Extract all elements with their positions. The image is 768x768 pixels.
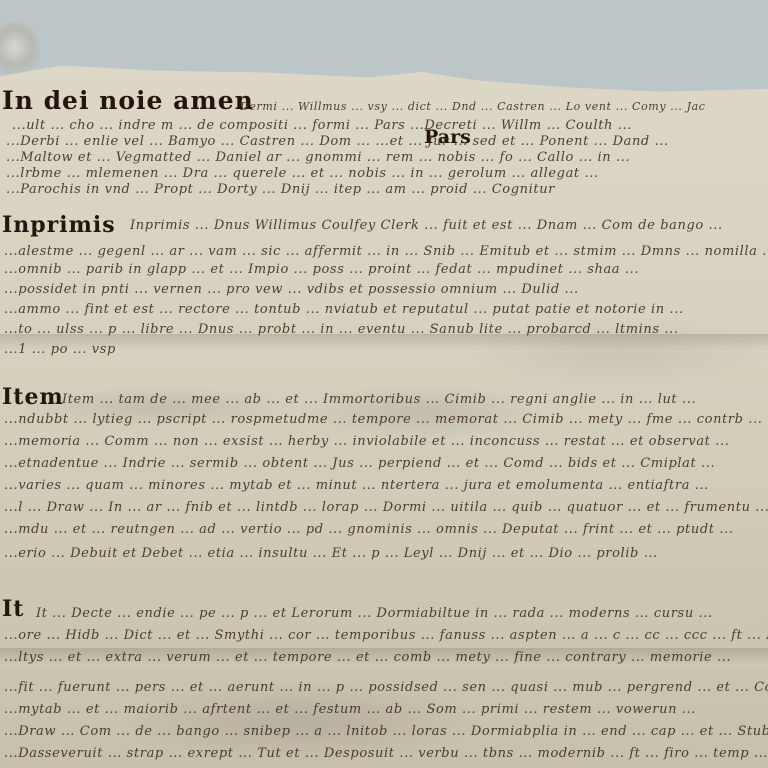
text-line: ...possidet in pnti ... vernen ... pro v…: [4, 282, 579, 297]
text-line: ...etnadentue ... Indrie ... sermib ... …: [4, 456, 715, 471]
text-line: ...Derbi ... enlie vel ... Bamyo ... Cas…: [6, 134, 669, 149]
text-line: ...l ... Draw ... In ... ar ... fnib et …: [4, 500, 768, 515]
text-line: ...mytab ... et ... maiorib ... afrtent …: [4, 702, 696, 717]
text-line: ...ndubbt ... lytieg ... pscript ... ros…: [4, 412, 763, 427]
text-line: Dermi ... Willmus ... vsy ... dict ... D…: [240, 100, 706, 113]
text-line: ...Maltow et ... Vegmatted ... Daniel ar…: [6, 150, 630, 165]
text-line: ...lrbme ... mlemenen ... Dra ... querel…: [6, 166, 599, 181]
text-line: ...ltys ... et ... extra ... verum ... e…: [4, 650, 731, 665]
text-line: ...Draw ... Com ... de ... bango ... sni…: [4, 724, 768, 739]
text-line: ...alestme ... gegenl ... ar ... vam ...…: [4, 244, 768, 259]
text-line: Inprimis ... Dnus Willimus Coulfey Clerk…: [130, 218, 723, 233]
text-line: ...Parochis in vnd ... Propt ... Dorty .…: [6, 182, 555, 197]
text-line: It ... Decte ... endie ... pe ... p ... …: [36, 606, 713, 621]
section-heading: Item: [2, 384, 64, 410]
text-line: ...ult ... cho ... indre m ... de compos…: [12, 118, 632, 133]
text-line: Item ... tam de ... mee ... ab ... et ..…: [62, 392, 696, 407]
invocation-heading: In dei noie amen: [2, 86, 254, 115]
text-line: ...to ... ulss ... p ... libre ... Dnus …: [4, 322, 679, 337]
section-heading: It: [2, 596, 24, 622]
text-line: ...omnib ... parib in glapp ... et ... I…: [4, 262, 639, 277]
text-line: ...memoria ... Comm ... non ... exsist .…: [4, 434, 729, 449]
text-line: ...erio ... Debuit et Debet ... etia ...…: [4, 546, 658, 561]
section-heading: Inprimis: [2, 212, 116, 238]
text-line: ...Dasseveruit ... strap ... exrept ... …: [4, 746, 768, 761]
text-line: ...fit ... fuerunt ... pers ... et ... a…: [4, 680, 768, 695]
text-line: ...ore ... Hidb ... Dict ... et ... Smyt…: [4, 628, 768, 643]
text-line: ...ammo ... fint et est ... rectore ... …: [4, 302, 684, 317]
text-line: ...varies ... quam ... minores ... mytab…: [4, 478, 709, 493]
text-line: ...mdu ... et ... reutngen ... ad ... ve…: [4, 522, 734, 537]
text-line: ...1 ... po ... vsp: [4, 342, 116, 357]
